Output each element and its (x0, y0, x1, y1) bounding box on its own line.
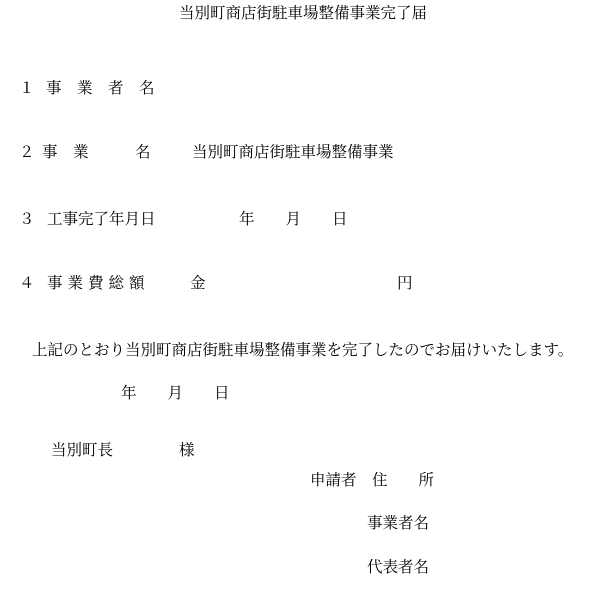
item-3-label-completion-date: 工事完了年月日 (47, 211, 156, 229)
item-3-date-blanks: 年 月 日 (239, 211, 348, 229)
document-title: 当別町商店街駐車場整備事業完了届 (179, 5, 427, 23)
item-4-number: ４ (19, 275, 35, 293)
applicant-address-heading: 申請者 住 所 (310, 472, 434, 490)
recipient-honorific: 様 (179, 442, 195, 460)
item-4-label-total-cost: 事業費総額 (47, 275, 150, 293)
item-1-number: １ (19, 80, 35, 98)
representative-name-label: 代表者名 (367, 559, 429, 577)
operator-name-label: 事業者名 (367, 515, 429, 533)
recipient-name-mayor: 当別町長 (51, 442, 113, 460)
completion-report-document: 当別町商店街駐車場整備事業完了届 １ 事 業 者 名 ２ 事 業 名 当別町商店… (0, 0, 591, 594)
closing-statement: 上記のとおり当別町商店街駐車場整備事業を完了したのでお届けいたします。 (32, 342, 573, 360)
item-2-label-project-name: 事 業 名 (42, 144, 151, 162)
item-4-amount-prefix-yen-kin: 金 (190, 275, 206, 293)
item-3-number: ３ (19, 211, 35, 229)
submission-date-blanks: 年 月 日 (121, 385, 230, 403)
item-4-amount-suffix-yen: 円 (397, 275, 413, 293)
item-2-project-name-value: 当別町商店街駐車場整備事業 (192, 144, 394, 162)
item-1-label-operator-name: 事 業 者 名 (46, 80, 155, 98)
item-2-number: ２ (19, 144, 35, 162)
